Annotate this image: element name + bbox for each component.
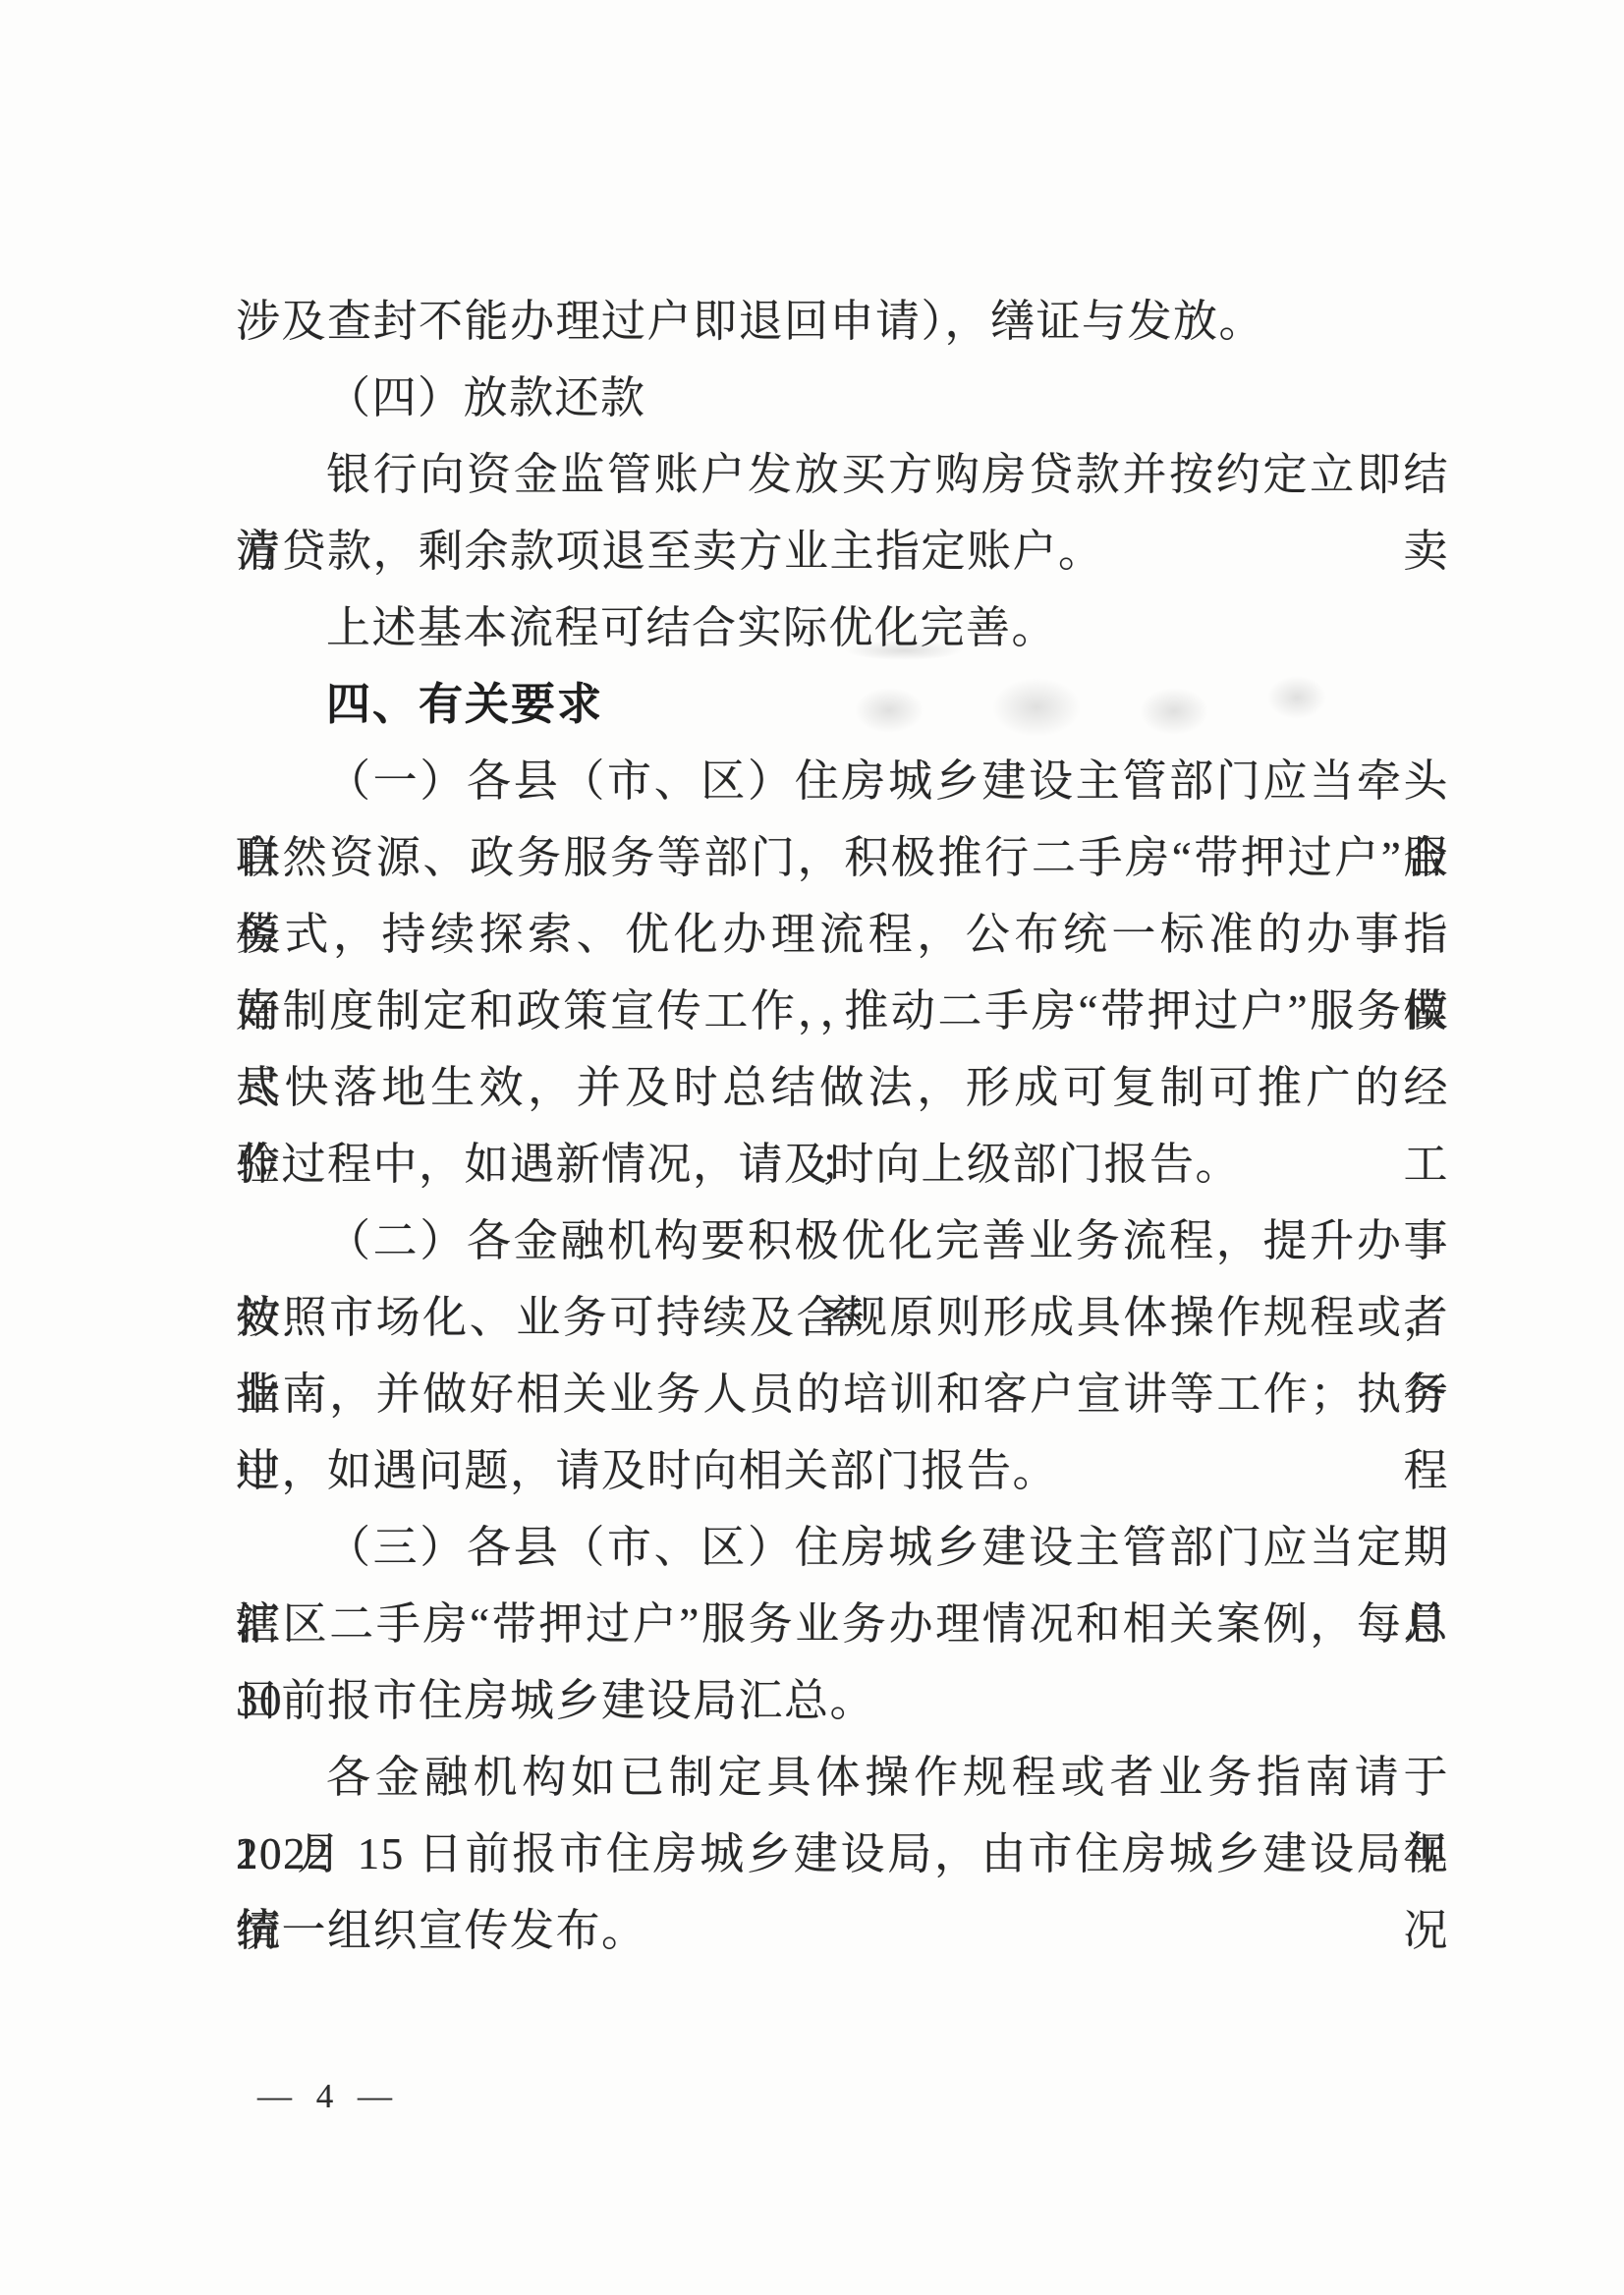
section-heading: 四、有关要求 <box>236 666 1449 743</box>
text-line: 好制度制定和政策宣传工作，推动二手房“带押过户”服务模式 <box>236 973 1449 1049</box>
text-line: 指南，并做好相关业务人员的培训和客户宣讲等工作；执行过程 <box>236 1356 1449 1432</box>
text-line: 模式，持续探索、优化办理流程，公布统一标准的办事指南，做 <box>236 896 1449 973</box>
text-line: 各金融机构如已制定具体操作规程或者业务指南请于 2022 年 <box>236 1739 1449 1816</box>
text-line: （一）各县（市、区）住房城乡建设主管部门应当牵头联合 <box>236 743 1449 819</box>
text-line: （二）各金融机构要积极优化完善业务流程，提升办事效率， <box>236 1203 1449 1279</box>
text-line: 按照市场化、业务可持续及合规原则形成具体操作规程或者业务 <box>236 1279 1449 1356</box>
text-line: （三）各县（市、区）住房城乡建设主管部门应当定期汇总 <box>236 1509 1449 1586</box>
scanned-document-page: 涉及查封不能办理过户即退回申请），缮证与发放。（四）放款还款银行向资金监管账户发… <box>0 0 1624 2295</box>
text-line: 涉及查封不能办理过户即退回申请），缮证与发放。 <box>236 283 1449 360</box>
text-line: 尽快落地生效，并及时总结做法，形成可复制可推广的经验；工 <box>236 1049 1449 1126</box>
text-line: 上述基本流程可结合实际优化完善。 <box>236 589 1449 666</box>
text-line: 10 月 15 日前报市住房城乡建设局，由市住房城乡建设局视情况 <box>236 1816 1449 1892</box>
page-number: — 4 — <box>257 2075 400 2118</box>
text-line: 自然资源、政务服务等部门，积极推行二手房“带押过户”服务 <box>236 819 1449 896</box>
text-line: 辖区二手房“带押过户”服务业务办理情况和相关案例，每月 30 <box>236 1586 1449 1662</box>
document-body-text: 涉及查封不能办理过户即退回申请），缮证与发放。（四）放款还款银行向资金监管账户发… <box>236 283 1449 1969</box>
text-line: 日前报市住房城乡建设局汇总。 <box>236 1662 1449 1739</box>
text-line: 银行向资金监管账户发放买方购房贷款并按约定立即结清卖 <box>236 436 1449 513</box>
text-line: （四）放款还款 <box>236 360 1449 436</box>
